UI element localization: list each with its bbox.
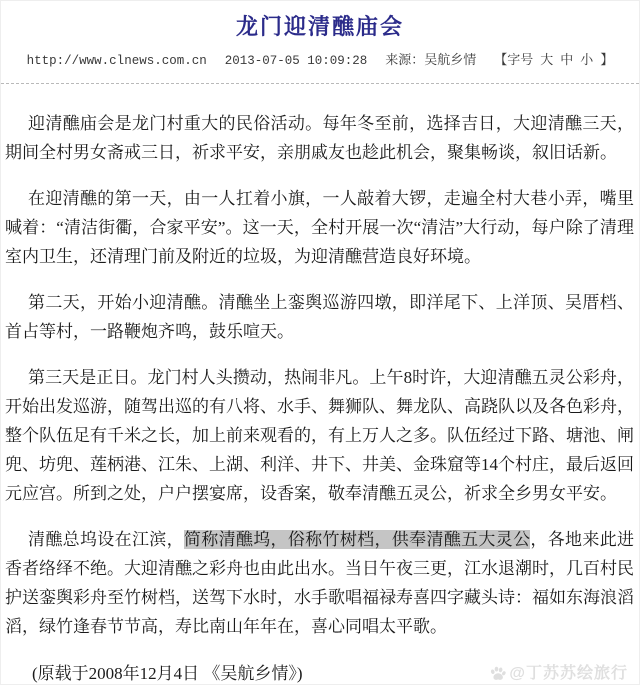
divider xyxy=(1,83,639,84)
footer-row: (原载于2008年12月4日 《吴航乡情》) @丁苏苏绘旅行 xyxy=(5,659,634,685)
source-label: 来源：吴航乡情 xyxy=(385,51,476,69)
watermark-text: @丁苏苏绘旅行 xyxy=(509,659,628,685)
paragraph-1: 迎清醮庙会是龙门村重大的民俗活动。每年冬至前，选择吉日，大迎清醮三天，期间全村男… xyxy=(5,109,634,167)
font-size-small-button[interactable]: 小 xyxy=(580,51,593,69)
footnote: (原载于2008年12月4日 《吴航乡情》) xyxy=(9,659,303,685)
publish-datetime: 2013-07-05 10:09:28 xyxy=(225,52,368,70)
paragraph-4: 第三天是正日。龙门村人头攒动，热闹非凡。上午8时许，大迎清醮五灵公彩舟，开始出发… xyxy=(5,363,634,508)
source-url: http://www.clnews.com.cn xyxy=(27,52,207,70)
article-header: 龙门迎清醮庙会 http://www.clnews.com.cn 2013-07… xyxy=(1,1,639,70)
meta-bar: http://www.clnews.com.cn 2013-07-05 10:0… xyxy=(1,51,639,70)
paw-icon xyxy=(489,665,507,683)
font-size-control: 【字号 大 中 小 】 xyxy=(494,51,613,69)
article-body: 迎清醮庙会是龙门村重大的民俗活动。每年冬至前，选择吉日，大迎清醮三天，期间全村男… xyxy=(1,109,639,685)
font-size-prefix: 【字号 xyxy=(494,51,533,69)
paragraph-3: 第二天，开始小迎清醮。清醮坐上銮舆巡游四墩，即洋尾下、上洋顶、吴厝档、首占等村，… xyxy=(5,288,634,346)
watermark: @丁苏苏绘旅行 xyxy=(489,659,628,685)
font-size-suffix: 】 xyxy=(600,51,613,69)
paragraph-2: 在迎清醮的第一天，由一人扛着小旗，一人敲着大锣，走遍全村大巷小弄，嘴里喊着：“清… xyxy=(5,184,634,271)
article-page: 龙门迎清醮庙会 http://www.clnews.com.cn 2013-07… xyxy=(0,0,640,685)
font-size-medium-button[interactable]: 中 xyxy=(560,51,573,69)
highlighted-text: 简称清醮坞，俗称竹树档，供奉清醮五大灵公 xyxy=(184,530,530,549)
paragraph-5-lead: 清醮总坞设在江滨， xyxy=(28,530,184,549)
page-title: 龙门迎清醮庙会 xyxy=(1,12,639,42)
paragraph-5: 清醮总坞设在江滨，简称清醮坞，俗称竹树档，供奉清醮五大灵公，各地来此进香者络绎不… xyxy=(5,525,634,641)
font-size-large-button[interactable]: 大 xyxy=(540,51,553,69)
